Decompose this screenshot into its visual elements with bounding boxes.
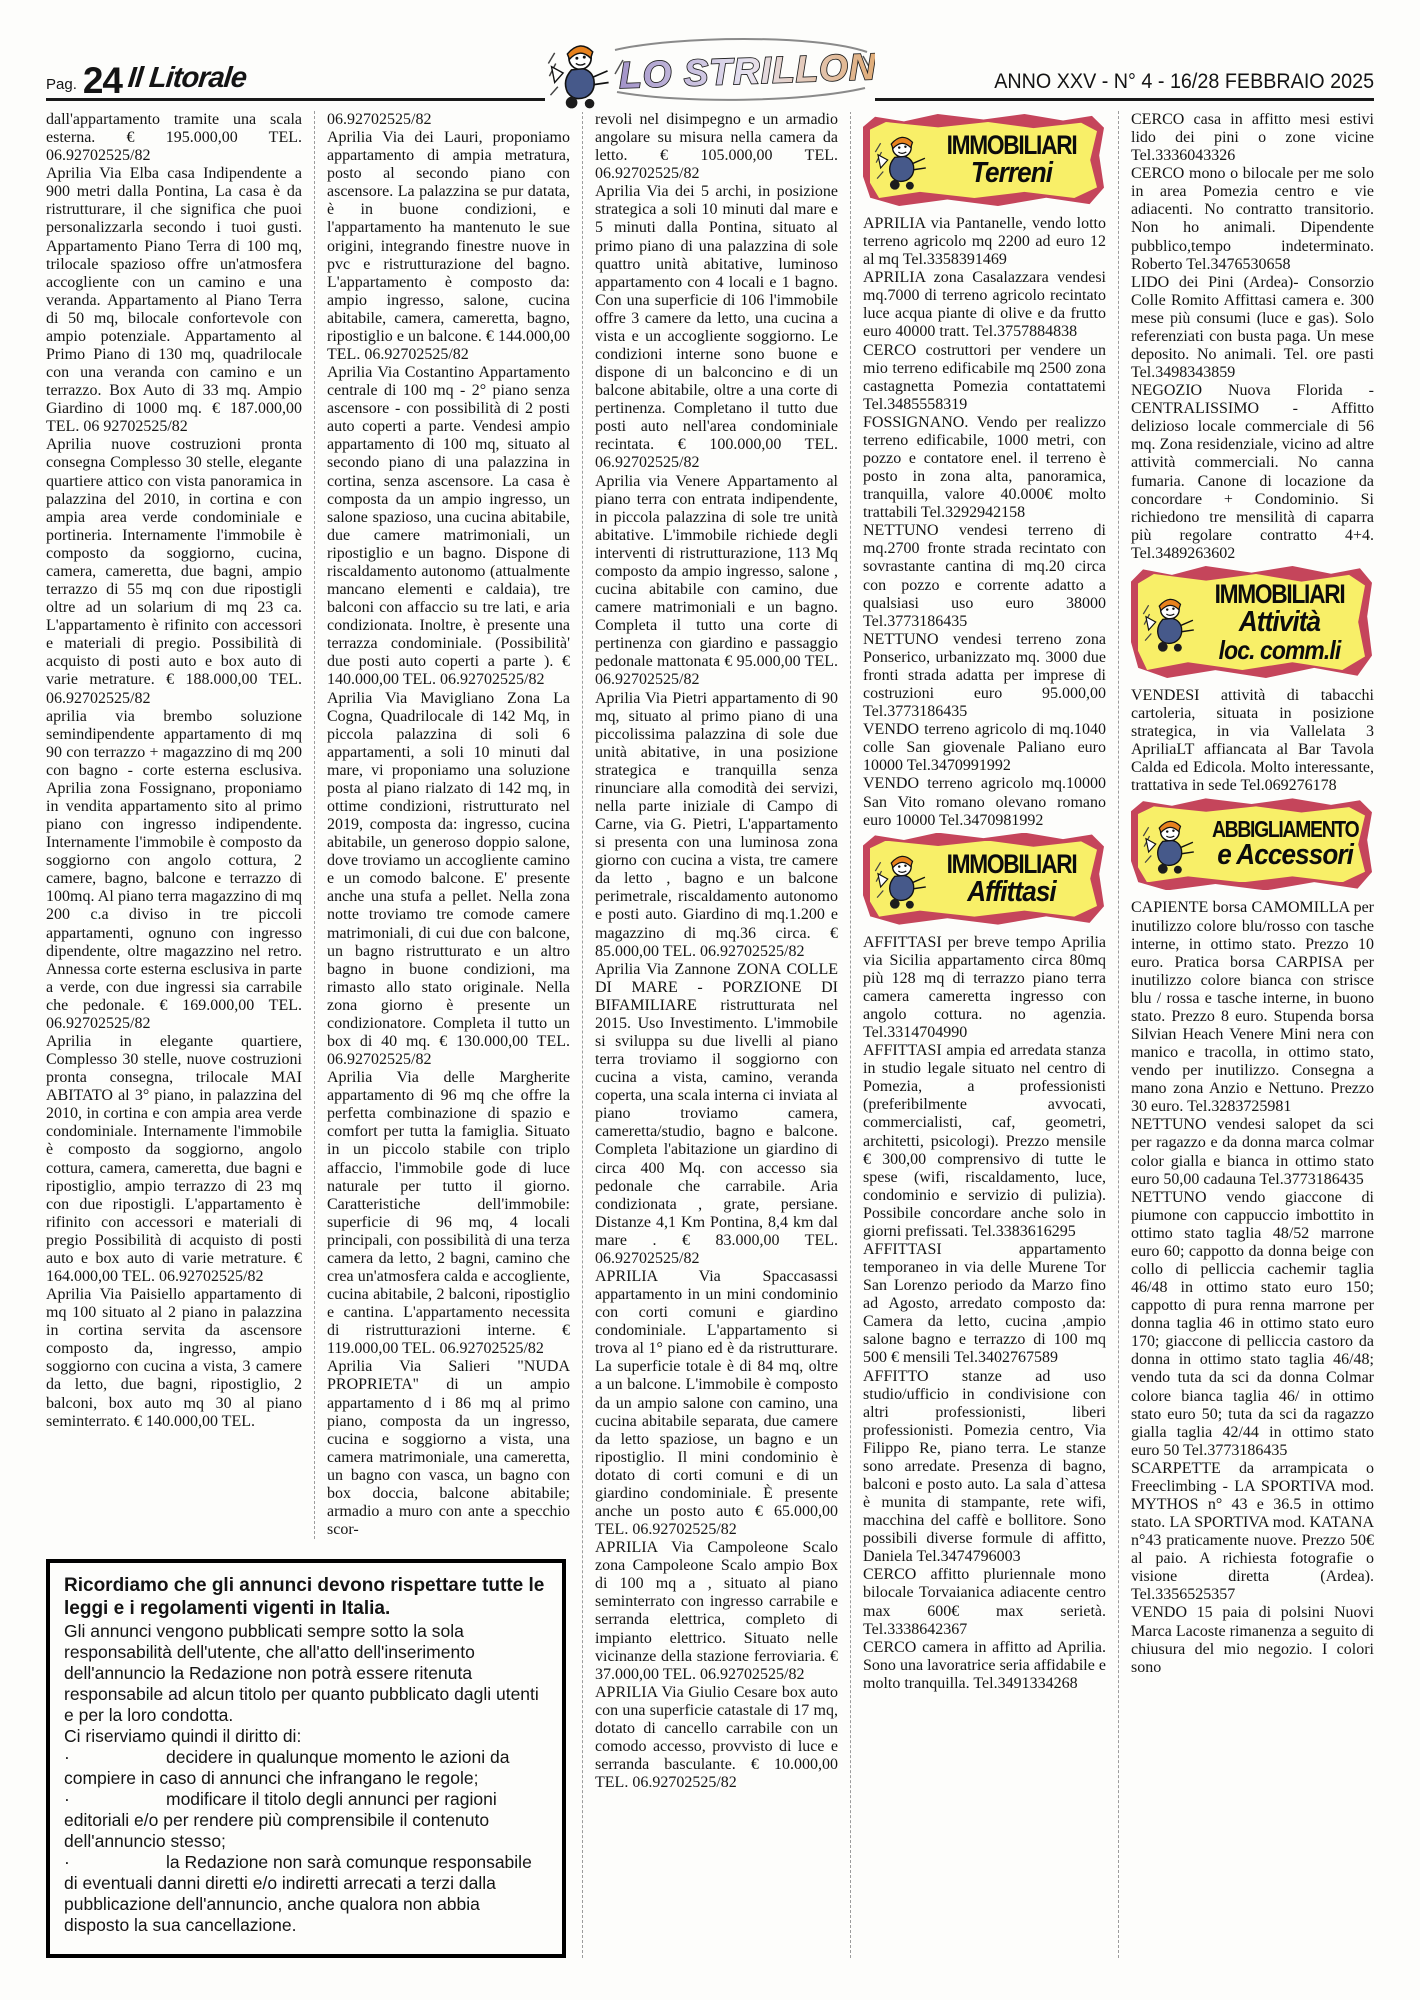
newspaper-page: Pag. 24 Il Litorale LO STRILLONE ANNO XX…: [0, 0, 1420, 1958]
classified-ad: VENDO terreno agricolo mq.10000 San Vito…: [863, 775, 1106, 829]
classified-ad: LIDO dei Pini (Ardea)- Consorzio Colle R…: [1131, 274, 1374, 382]
masthead-left: Pag. 24 Il Litorale: [46, 62, 246, 98]
classified-ad: Aprilia Via Salieri "NUDA PROPRIETA'' di…: [327, 1358, 570, 1539]
column-2: 06.92702525/82Aprilia Via dei Lauri, pro…: [314, 111, 570, 1539]
classified-ad: Aprilia Via Paisiello appartamento di mq…: [46, 1286, 302, 1431]
classified-ad: APRILIA Via Campoleone Scalo zona Campol…: [595, 1539, 838, 1684]
notice-rights-lead: Ci riserviamo quindi il diritto di:: [64, 1726, 546, 1747]
newsboy-icon: [874, 848, 928, 910]
classified-ad: Aprilia Via Mavigliano Zona La Cogna, Qu…: [327, 690, 570, 1070]
classified-ad: AFFITTASI ampia ed arredata stanza in st…: [863, 1042, 1106, 1241]
classified-ad: CERCO camera in affitto ad Aprilia. Sono…: [863, 1639, 1106, 1693]
column-1: dall'appartamento tramite una scala este…: [46, 111, 302, 1539]
section-banner-label: IMMOBILIARIAttivitàloc. comm.li: [1198, 581, 1361, 663]
issue-info: ANNO XXV - N° 4 - 16/28 FEBBRAIO 2025: [994, 70, 1374, 98]
classified-ad: 06.92702525/82: [327, 111, 570, 129]
section-banner-abbigliamento-accessori: ABBIGLIAMENTOe Accessori: [1131, 798, 1372, 890]
logo-text: LO STRILLONE: [618, 45, 875, 96]
classified-ad: NEGOZIO Nuova Florida - CENTRALISSIMO - …: [1131, 382, 1374, 563]
classified-ad: APRILIA via Pantanelle, vendo lotto terr…: [863, 215, 1106, 269]
columns-area: dall'appartamento tramite una scala este…: [46, 111, 1374, 1958]
bullet-dot-icon: ·: [64, 1789, 74, 1810]
rules-notice-box: Ricordiamo che gli annunci devono rispet…: [46, 1559, 566, 1958]
classified-ad: dall'appartamento tramite una scala este…: [46, 111, 302, 165]
classified-ad: Aprilia nuove costruzioni pronta consegn…: [46, 436, 302, 707]
classified-ad: FOSSIGNANO. Vendo per realizzo terreno e…: [863, 414, 1106, 522]
notice-title: Ricordiamo che gli annunci devono rispet…: [64, 1575, 546, 1621]
notice-bullet-text: la Redazione non sarà comunque responsab…: [64, 1852, 532, 1935]
banner-line: IMMOBILIARI: [943, 851, 1080, 878]
section-banner-immobiliari-attivita: IMMOBILIARIAttivitàloc. comm.li: [1131, 566, 1372, 678]
classified-ad: APRILIA zona Casalazzara vendesi mq.7000…: [863, 269, 1106, 341]
classified-ad: aprilia via brembo soluzione semindipend…: [46, 708, 302, 1033]
classified-ad: NETTUNO vendesi salopet da sci per ragaz…: [1131, 1116, 1374, 1188]
classified-ad: SCARPETTE da arrampicata o Freeclimbing …: [1131, 1460, 1374, 1605]
classified-ad: Aprilia Via Pietri appartamento di 90 mq…: [595, 690, 838, 961]
column-3: revoli nel disimpegno e un armadio angol…: [582, 111, 838, 1958]
section-banner-inner: IMMOBILIARITerreni: [870, 122, 1097, 198]
classified-ad: CERCO casa in affitto mesi estivi lido d…: [1131, 111, 1374, 165]
section-banner-inner: IMMOBILIARIAffittasi: [870, 841, 1097, 917]
newsboy-icon: [1142, 813, 1196, 875]
banner-line: Affittasi: [938, 878, 1085, 907]
banner-line: e Accessori: [1207, 841, 1364, 870]
section-banner-label: IMMOBILIARIAffittasi: [930, 851, 1093, 907]
section-banner-label: ABBIGLIAMENTOe Accessori: [1198, 818, 1372, 870]
classified-ad: VENDESI attività di tabacchi cartoleria,…: [1131, 687, 1374, 795]
classified-ad: Aprilia Via dei 5 archi, in posizione st…: [595, 183, 838, 472]
newspaper-title: Il Litorale: [126, 62, 247, 96]
classified-ad: Aprilia Via Elba casa Indipendente a 900…: [46, 165, 302, 436]
classified-ad: AFFITTASI per breve tempo Aprilia via Si…: [863, 934, 1106, 1042]
classified-ad: CAPIENTE borsa CAMOMILLA per inutilizzo …: [1131, 899, 1374, 1116]
section-banner-label: IMMOBILIARITerreni: [930, 132, 1093, 188]
classified-ad: NETTUNO vendesi terreno zona Ponserico, …: [863, 631, 1106, 721]
notice-bullet: ·decidere in qualunque momento le azioni…: [64, 1747, 546, 1789]
classified-ad: APRILIA Via Giulio Cesare box auto con u…: [595, 1684, 838, 1792]
bullet-dot-icon: ·: [64, 1852, 74, 1873]
classified-ad: Aprilia Via Costantino Appartamento cent…: [327, 364, 570, 689]
masthead: Pag. 24 Il Litorale LO STRILLONE ANNO XX…: [46, 34, 1374, 101]
strillone-logo: LO STRILLONE: [545, 30, 875, 117]
classified-ad: Aprilia Via Zannone ZONA COLLE DI MARE -…: [595, 961, 838, 1268]
notice-bullet: ·modificare il titolo degli annunci per …: [64, 1789, 546, 1852]
newsboy-icon: [874, 129, 928, 191]
classified-ad: NETTUNO vendesi terreno di mq.2700 front…: [863, 522, 1106, 630]
classified-ad: VENDO 15 paia di polsini Nuovi Marca Lac…: [1131, 1604, 1374, 1676]
section-banner-immobiliari-terreni: IMMOBILIARITerreni: [863, 114, 1104, 206]
column-4: IMMOBILIARITerreniAPRILIA via Pantanelle…: [850, 111, 1106, 1958]
notice-bullet-text: decidere in qualunque momento le azioni …: [64, 1747, 509, 1788]
classified-ad: CERCO affitto pluriennale mono bilocale …: [863, 1566, 1106, 1638]
classified-ad: Aprilia in elegante quartiere, Complesso…: [46, 1033, 302, 1286]
classified-ad: CERCO mono o bilocale per me solo in are…: [1131, 165, 1374, 273]
newsboy-icon: [1142, 591, 1196, 653]
classified-ad: CERCO costruttori per vendere un mio ter…: [863, 342, 1106, 414]
bullet-dot-icon: ·: [64, 1747, 74, 1768]
classified-ad: AFFITTASI appartamento temporaneo in via…: [863, 1241, 1106, 1368]
section-banner-immobiliari-affittasi: IMMOBILIARIAffittasi: [863, 833, 1104, 925]
classified-ad: Aprilia Via dei Lauri, proponiamo appart…: [327, 129, 570, 364]
banner-line: Attività: [1206, 608, 1353, 637]
notice-bullet: ·la Redazione non sarà comunque responsa…: [64, 1852, 546, 1936]
banner-line: loc. comm.li: [1208, 637, 1351, 663]
classified-ad: APRILIA Via Spaccasassi appartamento in …: [595, 1268, 838, 1539]
notice-bullet-text: modificare il titolo degli annunci per r…: [64, 1789, 497, 1851]
banner-line: Terreni: [938, 159, 1085, 188]
banner-line: ABBIGLIAMENTO: [1212, 818, 1358, 841]
classified-ad: VENDO terreno agricolo di mq.1040 colle …: [863, 721, 1106, 775]
notice-intro: Gli annunci vengono pubblicati sempre so…: [64, 1621, 546, 1726]
column-5: CERCO casa in affitto mesi estivi lido d…: [1118, 111, 1374, 1958]
classified-ad: revoli nel disimpegno e un armadio angol…: [595, 111, 838, 183]
page-label: Pag.: [46, 76, 77, 96]
page-number: 24: [83, 65, 122, 96]
classified-ad: Aprilia via Venere Appartamento al piano…: [595, 473, 838, 690]
banner-line: IMMOBILIARI: [943, 132, 1080, 159]
section-banner-inner: IMMOBILIARIAttivitàloc. comm.li: [1138, 574, 1365, 670]
classified-ad: Aprilia Via delle Margherite appartament…: [327, 1069, 570, 1358]
classified-ad: AFFITTO stanze ad uso studio/ufficio in …: [863, 1368, 1106, 1567]
classified-ad: NETTUNO vendo giaccone di piumone con ca…: [1131, 1189, 1374, 1460]
section-banner-inner: ABBIGLIAMENTOe Accessori: [1138, 806, 1365, 882]
banner-line: IMMOBILIARI: [1211, 581, 1348, 608]
